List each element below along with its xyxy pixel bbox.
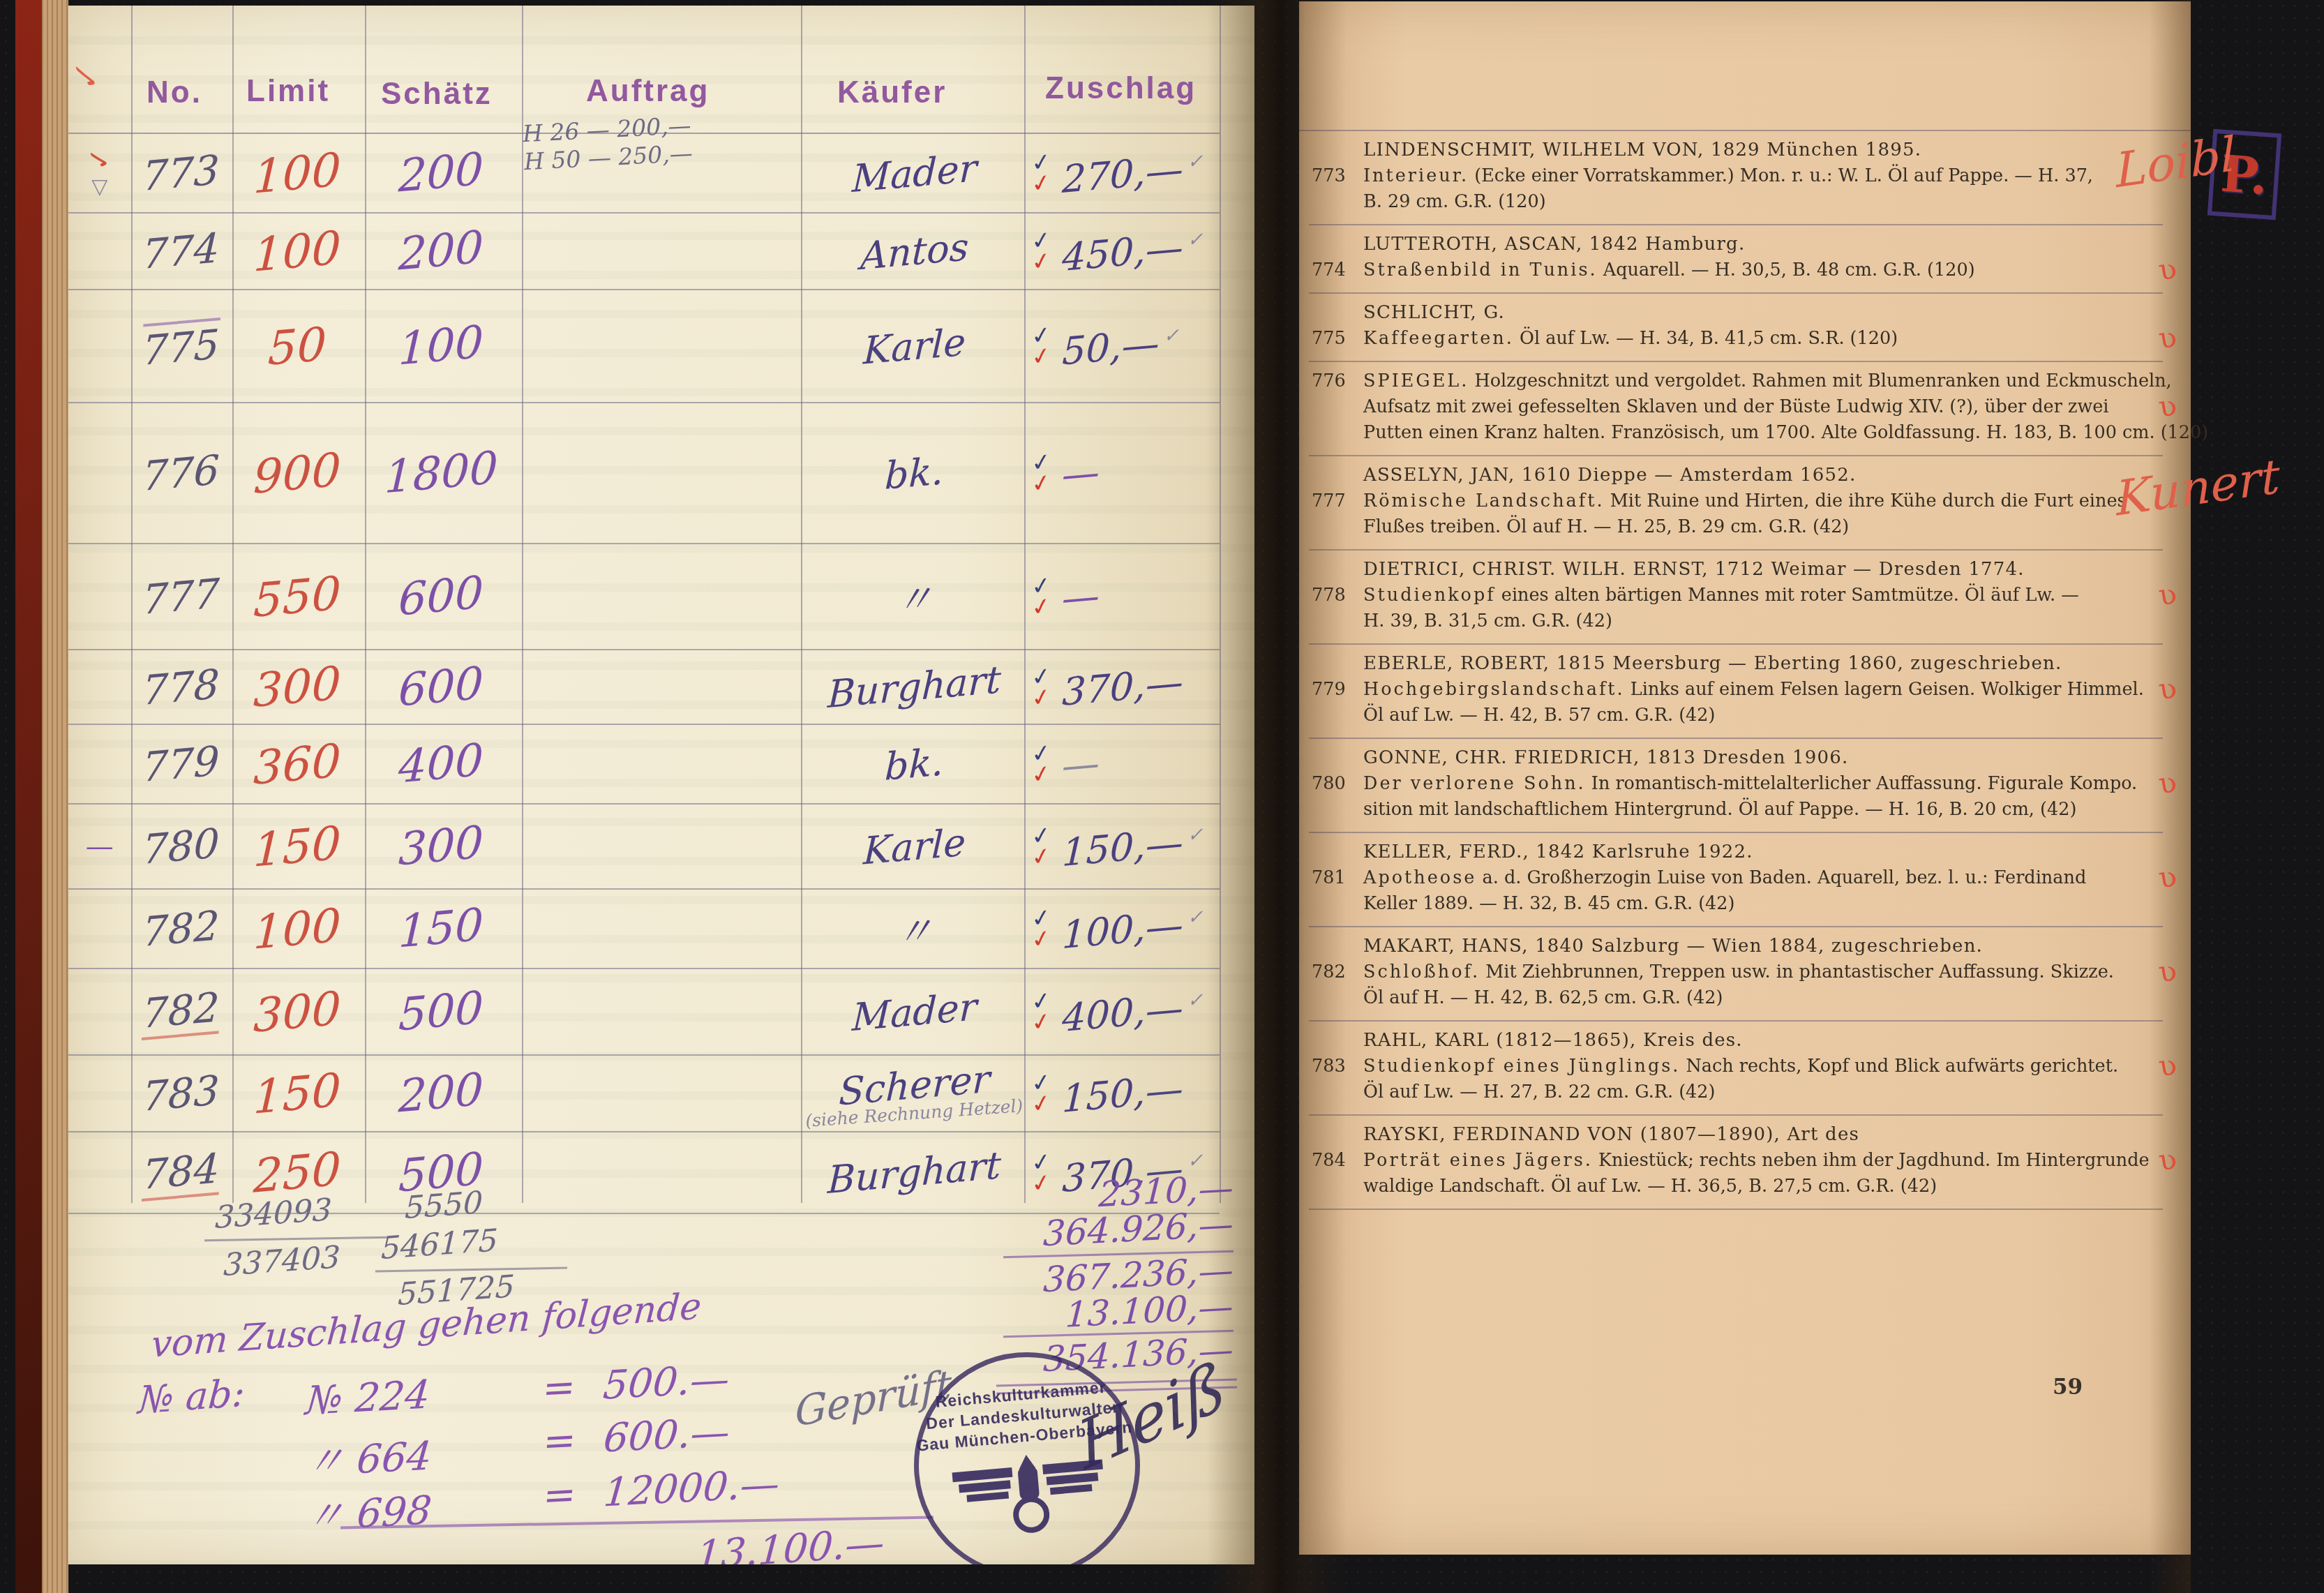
artist-line: LUTTEROTH, ASCAN, 1842 Hamburg.	[1363, 232, 2163, 257]
auftrag-pencil-note: H 26 — 200,—H 50 — 250,—	[522, 112, 694, 177]
zuschlag-sup-mark: ✓	[1187, 989, 1204, 1012]
lot-number: 779	[142, 737, 220, 791]
zuschlag-value: 50,—✓	[1061, 319, 1179, 373]
cell-lot-number: 783	[130, 1056, 231, 1131]
lot-number: 782	[142, 983, 220, 1040]
entry-line: 784Porträt eines Jägers. Kniestück; rech…	[1309, 1148, 2163, 1174]
entry-text: Aquarell. — H. 30,5, B. 48 cm. G.R. (120…	[1598, 260, 1975, 281]
artist-line: GONNE, CHR. FRIEDRICH, 1813 Dresden 1906…	[1363, 745, 2163, 771]
entry-number: 776	[1312, 368, 1346, 394]
cell-schaetz: 300	[363, 805, 519, 888]
artist-line: MAKART, HANS, 1840 Salzburg — Wien 1884,…	[1363, 934, 2163, 959]
lot-number: 773	[142, 146, 220, 200]
cell-zuschlag: ✓✓150,—	[1026, 1056, 1220, 1131]
cell-limit: 300	[232, 969, 363, 1054]
cell-margin	[68, 1132, 130, 1213]
entry-line: Öl auf Lw. — H. 42, B. 57 cm. G.R. (42)	[1309, 703, 2163, 728]
entry-line: Aufsatz mit zwei gefesselten Sklaven und…	[1309, 394, 2163, 420]
cell-zuschlag: ✓✓—	[1026, 403, 1220, 543]
entry-number: 780	[1312, 771, 1346, 797]
zuschlag-value: 400,—✓	[1061, 983, 1203, 1040]
lot-number: 775	[142, 317, 220, 375]
schaetz-value: 400	[398, 734, 484, 793]
artist-line: RAYSKI, FERDINAND VON (1807—1890), Art d…	[1363, 1122, 2163, 1148]
cell-kaeufer: Burghart	[804, 650, 1026, 724]
cell-schaetz: 500	[363, 969, 519, 1054]
column-header-no: No.	[147, 75, 202, 110]
cell-kaeufer: Karle	[804, 805, 1026, 888]
check-icons: ✓✓	[1031, 1072, 1051, 1114]
entry-number: 775	[1312, 326, 1346, 352]
deduction-total: 13.100.—	[695, 1520, 886, 1564]
cell-auftrag	[519, 403, 804, 543]
schaetz-value: 100	[398, 316, 484, 375]
check-icon: ✓	[1029, 763, 1052, 786]
artwork-title: Studienkopf eines Jünglings.	[1363, 1056, 1680, 1077]
cell-auftrag	[519, 725, 804, 803]
entry-line: 773Interieur. (Ecke einer Vorratskammer.…	[1309, 163, 2163, 189]
cell-margin	[68, 725, 130, 803]
note-label: № ab:	[137, 1370, 246, 1422]
catalog-entry: MAKART, HANS, 1840 Salzburg — Wien 1884,…	[1309, 927, 2163, 1022]
entry-line: Öl auf Lw. — H. 27, B. 22 cm. G.R. (42)	[1309, 1079, 2163, 1105]
cell-kaeufer: bk.	[804, 725, 1026, 803]
margin-check-icon: ✓	[68, 63, 106, 94]
cell-auftrag	[519, 1132, 804, 1213]
artist-line: LINDENSCHMIT, WILHELM VON, 1829 München …	[1363, 137, 2163, 163]
column-header-limit: Limit	[246, 74, 330, 109]
limit-value: 550	[253, 566, 342, 628]
entry-line: B. 29 cm. G.R. (120)	[1309, 189, 2163, 215]
sum-schaetz-2: 546175	[380, 1222, 498, 1266]
deduction-value: 12000.—	[601, 1461, 781, 1527]
limit-value: 300	[253, 981, 342, 1043]
sum-limit-1: 334093	[214, 1192, 332, 1236]
kaeufer-name: Karle	[862, 820, 966, 873]
limit-value: 100	[253, 898, 342, 960]
zuschlag-sup-mark: ✓	[1187, 906, 1204, 929]
limit-value: 150	[253, 816, 342, 878]
schaetz-value: 600	[398, 657, 484, 717]
zuschlag-sup-mark: ✓	[1187, 151, 1204, 173]
cell-schaetz: 400	[363, 725, 519, 803]
schaetz-value: 200	[398, 221, 484, 281]
entry-number: 774	[1312, 257, 1346, 283]
artwork-title: Kaffeegarten.	[1363, 328, 1514, 349]
entry-text: Kniestück; rechts neben ihm der Jagdhund…	[1593, 1150, 2150, 1171]
check-icons: ✓✓	[1031, 666, 1051, 708]
lot-number: 776	[142, 446, 220, 500]
kaeufer-name: 〃	[894, 568, 934, 625]
book-fore-edge-maroon	[15, 0, 42, 1593]
cell-schaetz: 100	[363, 290, 519, 402]
entry-text: Holzgeschnitzt und vergoldet. Rahmen mit…	[1469, 371, 2171, 391]
ledger-row: 77550100Karle✓✓50,—✓	[68, 290, 1220, 403]
cell-auftrag	[519, 290, 804, 402]
entry-line: 780Der verlorene Sohn. In romantisch-mit…	[1309, 771, 2163, 797]
cell-zuschlag: ✓✓150,—✓	[1026, 805, 1220, 888]
entry-line: sition mit landschaftlichem Hintergrund.…	[1309, 797, 2163, 823]
equals-sign: =	[540, 1417, 578, 1475]
artwork-title: Straßenbild in Tunis.	[1363, 260, 1598, 281]
check-icon: ✓	[1029, 1092, 1052, 1116]
zuschlag-value: 270,—✓	[1061, 144, 1203, 201]
check-icon: ✓	[1029, 595, 1052, 619]
catalog-entry: DIETRICI, CHRIST. WILH. ERNST, 1712 Weim…	[1309, 551, 2163, 645]
zuschlag-value: 100,—✓	[1061, 900, 1203, 957]
catalog-entry: KELLER, FERD., 1842 Karlsruhe 1922.781Ap…	[1309, 833, 2163, 927]
eagle-icon	[950, 1444, 1110, 1541]
entry-line: 782Schloßhof. Mit Ziehbrunnen, Treppen u…	[1309, 959, 2163, 985]
cell-margin	[68, 544, 130, 649]
lot-number: 778	[142, 659, 220, 714]
book-fore-edge-pages	[42, 0, 68, 1593]
cell-zuschlag: ✓✓270,—✓	[1026, 134, 1220, 212]
entry-line: 775Kaffeegarten. Öl auf Lw. — H. 34, B. …	[1309, 326, 2163, 352]
cell-limit: 900	[232, 403, 363, 543]
catalog-entry: RAHL, KARL (1812—1865), Kreis des.783Stu…	[1309, 1022, 2163, 1116]
schaetz-value: 200	[398, 1063, 484, 1123]
entry-line: waldige Landschaft. Öl auf Lw. — H. 36,5…	[1309, 1174, 2163, 1199]
cell-limit: 150	[232, 805, 363, 888]
cell-auftrag	[519, 969, 804, 1054]
equals-sign: =	[540, 1472, 578, 1530]
kaeufer-name: 〃	[894, 900, 934, 957]
limit-value: 100	[253, 142, 342, 204]
entry-line: 783Studienkopf eines Jünglings. Nach rec…	[1309, 1054, 2163, 1079]
cell-lot-number: 774	[130, 214, 231, 289]
zuschlag-value: —	[1061, 740, 1100, 788]
catalog-entry: GONNE, CHR. FRIEDRICH, 1813 Dresden 1906…	[1309, 739, 2163, 833]
cell-lot-number: 782	[130, 890, 231, 968]
entry-text: Mit Ziehbrunnen, Treppen usw. in phantas…	[1480, 962, 2114, 982]
ledger-rows: ✓▽773100200H 26 — 200,—H 50 — 250,—Mader…	[68, 133, 1220, 1214]
cell-lot-number: 776	[130, 403, 231, 543]
check-icon: ✓	[1029, 472, 1052, 495]
cell-schaetz: 150	[363, 890, 519, 968]
cell-kaeufer: Mader	[804, 969, 1026, 1054]
artwork-title: Der verlorene Sohn.	[1363, 773, 1586, 794]
sum-schaetz-1: 5550	[404, 1185, 483, 1226]
entry-number: 783	[1312, 1054, 1346, 1079]
cell-lot-number: 782	[130, 969, 231, 1054]
equals-sign: =	[541, 1364, 578, 1412]
cell-auftrag	[519, 650, 804, 724]
entry-text: Mit Ruine und Hirten, die ihre Kühe durc…	[1605, 491, 2127, 511]
entry-text: Nach rechts, Kopf und Blick aufwärts ger…	[1680, 1056, 2118, 1077]
entry-number: 777	[1312, 488, 1346, 514]
cell-lot-number: 775	[130, 290, 231, 402]
lot-number: 783	[142, 1066, 220, 1121]
entry-number: 779	[1312, 677, 1346, 703]
cell-limit: 360	[232, 725, 363, 803]
cell-zuschlag: ✓✓100,—✓	[1026, 890, 1220, 968]
sum-rule	[204, 1236, 389, 1242]
entry-line: 777Römische Landschaft. Mit Ruine und Hi…	[1309, 488, 2163, 514]
entry-line: Putten einen Kranz halten. Französisch, …	[1309, 420, 2163, 446]
entry-text: (Ecke einer Vorratskammer.) Mon. r. u.: …	[1469, 165, 2093, 186]
kaeufer-name: bk.	[884, 449, 944, 498]
sum-limit-2: 337403	[223, 1239, 340, 1283]
artwork-title: SPIEGEL.	[1363, 371, 1469, 391]
catalog-entry: EBERLE, ROBERT, 1815 Meersburg — Ebertin…	[1309, 645, 2163, 739]
cell-auftrag	[519, 214, 804, 289]
check-icon: ✓	[1029, 1010, 1052, 1034]
page-number: 59	[2053, 1375, 2083, 1400]
artist-line: ASSELYN, JAN, 1610 Dieppe — Amsterdam 16…	[1363, 463, 2163, 488]
cell-kaeufer: 〃	[804, 544, 1026, 649]
artwork-title: Schloßhof.	[1363, 962, 1480, 982]
limit-value: 150	[253, 1063, 342, 1125]
entry-text: a. d. Großherzogin Luise von Baden. Aqua…	[1476, 867, 2086, 888]
entry-line: Keller 1889. — H. 32, B. 45 cm. G.R. (42…	[1309, 891, 2163, 917]
catalog-page: LINDENSCHMIT, WILHELM VON, 1829 München …	[1299, 1, 2191, 1555]
deduction-value: 500.—	[601, 1356, 731, 1409]
check-icon: ✓	[1029, 685, 1052, 709]
cell-limit: 150	[232, 1056, 363, 1131]
zuschlag-value: —	[1061, 573, 1100, 620]
lot-number: 780	[142, 819, 220, 874]
schaetz-value: 200	[398, 143, 484, 202]
cell-schaetz: 200	[363, 214, 519, 289]
entry-line: 781Apotheose a. d. Großherzogin Luise vo…	[1309, 865, 2163, 891]
cell-kaeufer: 〃	[804, 890, 1026, 968]
zuschlag-value: 370,—	[1061, 659, 1184, 715]
cell-limit: 100	[232, 214, 363, 289]
cell-schaetz: 600	[363, 650, 519, 724]
cell-margin: ✓▽	[68, 134, 130, 212]
cell-kaeufer: Karle	[804, 290, 1026, 402]
check-icons: ✓✓	[1031, 991, 1051, 1033]
column-header-kaeufer: Käufer	[837, 75, 947, 110]
entry-number: 778	[1312, 583, 1346, 608]
cell-auftrag: H 26 — 200,—H 50 — 250,—	[519, 134, 804, 212]
schaetz-value: 500	[398, 982, 484, 1041]
cell-zuschlag: ✓✓400,—✓	[1026, 969, 1220, 1054]
entry-line: 779Hochgebirgslandschaft. Links auf eine…	[1309, 677, 2163, 703]
limit-value: 100	[253, 220, 342, 283]
margin-mark-icon: ▽	[91, 173, 107, 201]
ledger-row: 778300600Burghart✓✓370,—	[68, 650, 1220, 725]
cell-limit: 100	[232, 134, 363, 212]
ledger-row: 782100150〃✓✓100,—✓	[68, 890, 1220, 969]
kaeufer-name: Mader	[851, 984, 977, 1039]
cell-lot-number: 778	[130, 650, 231, 724]
column-header-auftrag: Auftrag	[586, 74, 710, 109]
artwork-title: Apotheose	[1363, 867, 1476, 888]
cell-limit: 300	[232, 650, 363, 724]
limit-value: 300	[253, 656, 342, 718]
artist-line: RAHL, KARL (1812—1865), Kreis des.	[1363, 1028, 2163, 1054]
catalog-entry: RAYSKI, FERDINAND VON (1807—1890), Art d…	[1309, 1116, 2163, 1210]
lot-number: 782	[142, 902, 220, 956]
cell-zuschlag: ✓✓370,—	[1026, 650, 1220, 724]
entry-line: 778Studienkopf eines alten bärtigen Mann…	[1309, 583, 2163, 608]
limit-value: 900	[253, 442, 342, 504]
cell-margin	[68, 890, 130, 968]
entry-line: H. 39, B. 31,5 cm. G.R. (42)	[1309, 608, 2163, 634]
catalog-entry: 776SPIEGEL. Holzgeschnitzt und vergoldet…	[1309, 362, 2163, 456]
check-icons: ✓✓	[1031, 230, 1051, 272]
check-icon: ✓	[1029, 927, 1052, 951]
cell-zuschlag: ✓✓—	[1026, 544, 1220, 649]
margin-mark-icon: —	[86, 832, 114, 860]
entry-text: In romantisch-mittelalterlicher Auffassu…	[1586, 773, 2138, 794]
lot-number: 777	[142, 569, 220, 624]
cell-limit: 550	[232, 544, 363, 649]
kaeufer-name: Mader	[851, 145, 977, 200]
cell-zuschlag: ✓✓450,—✓	[1026, 214, 1220, 289]
catalog-entries: LINDENSCHMIT, WILHELM VON, 1829 München …	[1299, 130, 2191, 1210]
entry-line: Flußes treiben. Öl auf H. — H. 25, B. 29…	[1309, 514, 2163, 540]
catalog-entry: SCHLICHT, G.775Kaffeegarten. Öl auf Lw. …	[1309, 294, 2163, 362]
cell-margin	[68, 214, 130, 289]
ledger-row: 782300500Mader✓✓400,—✓	[68, 969, 1220, 1056]
entry-number: 781	[1312, 865, 1346, 891]
artist-line: EBERLE, ROBERT, 1815 Meersburg — Ebertin…	[1363, 651, 2163, 677]
zuschlag-value: 450,—✓	[1061, 223, 1203, 279]
lot-number: 774	[142, 224, 220, 278]
cell-margin	[68, 650, 130, 724]
cell-lot-number: 779	[130, 725, 231, 803]
ledger-row: 7769001800bk.✓✓—	[68, 403, 1220, 544]
check-icon: ✓	[1029, 345, 1052, 368]
entry-number: 782	[1312, 959, 1346, 985]
cell-schaetz: 600	[363, 544, 519, 649]
kaeufer-name: Antos	[860, 224, 969, 278]
cell-lot-number: 780	[130, 805, 231, 888]
artist-line: SCHLICHT, G.	[1363, 300, 2163, 326]
cell-kaeufer: Antos	[804, 214, 1026, 289]
entry-line: 774Straßenbild in Tunis. Aquarell. — H. …	[1309, 257, 2163, 283]
zuschlag-value: —	[1061, 449, 1100, 497]
cell-auftrag	[519, 890, 804, 968]
artwork-title: Studienkopf	[1363, 585, 1496, 606]
cell-lot-number: 773	[130, 134, 231, 212]
artwork-title: Porträt eines Jägers.	[1363, 1150, 1593, 1171]
ledger-row: ✓▽773100200H 26 — 200,—H 50 — 250,—Mader…	[68, 134, 1220, 214]
cell-kaeufer: Mader	[804, 134, 1026, 212]
cell-limit: 100	[232, 890, 363, 968]
cell-margin	[68, 969, 130, 1054]
zuschlag-sup-mark: ✓	[1187, 229, 1204, 251]
entry-number: 784	[1312, 1148, 1346, 1174]
kaeufer-name: Burghart	[827, 657, 1002, 717]
check-icons: ✓✓	[1031, 743, 1051, 785]
entry-line: Öl auf H. — H. 42, B. 62,5 cm. G.R. (42)	[1309, 985, 2163, 1011]
entry-text: eines alten bärtigen Mannes mit roter Sa…	[1496, 585, 2079, 606]
ledger-row: —780150300Karle✓✓150,—✓	[68, 805, 1220, 890]
grid-line	[1220, 6, 1221, 1203]
schaetz-value: 600	[398, 567, 484, 626]
zuschlag-value: 150,—✓	[1061, 818, 1203, 874]
zuschlag-sup-mark: ✓	[1187, 824, 1204, 846]
cell-schaetz: 200	[363, 134, 519, 212]
check-icons: ✓✓	[1031, 576, 1051, 618]
cell-schaetz: 200	[363, 1056, 519, 1131]
cell-margin: —	[68, 805, 130, 888]
check-icon: ✓	[1029, 250, 1052, 274]
deduction-lot: № 224	[304, 1368, 517, 1424]
column-header-zuschlag: Zuschlag	[1045, 71, 1197, 106]
margin-mark-icon: ✓	[84, 147, 114, 172]
cell-kaeufer: Scherer(siehe Rechnung Hetzel)	[804, 1056, 1026, 1131]
ledger-row: 777550600〃✓✓—	[68, 544, 1220, 650]
cell-auftrag	[519, 1056, 804, 1131]
auction-ledger-spread: ✓ No. Limit Schätz Auftrag Käufer Zuschl…	[0, 0, 2324, 1593]
entry-text: Öl auf Lw. — H. 34, B. 41,5 cm. S.R. (12…	[1514, 328, 1898, 349]
cell-auftrag	[519, 544, 804, 649]
entry-number: 773	[1312, 163, 1346, 189]
deduction-lot: 〃 698	[303, 1475, 518, 1542]
schaetz-value: 150	[398, 899, 484, 958]
ledger-row: 774100200Antos✓✓450,—✓	[68, 214, 1220, 290]
zuschlag-sup-mark: ✓	[1164, 324, 1180, 347]
cell-margin	[68, 403, 130, 543]
cell-zuschlag: ✓✓—	[1026, 725, 1220, 803]
cell-margin	[68, 1056, 130, 1131]
cell-limit: 50	[232, 290, 363, 402]
column-header-schaetz: Schätz	[381, 77, 493, 112]
lot-number: 784	[142, 1144, 220, 1201]
catalog-entry: ASSELYN, JAN, 1610 Dieppe — Amsterdam 16…	[1309, 456, 2163, 551]
entry-text: Links auf einem Felsen lagern Geisen. Wo…	[1625, 679, 2144, 700]
cell-schaetz: 1800	[363, 403, 519, 543]
cell-lot-number: 777	[130, 544, 231, 649]
kaeufer-name: Karle	[862, 320, 966, 373]
deduction-value: 600.—	[601, 1409, 731, 1472]
schaetz-value: 300	[398, 816, 484, 876]
kaeufer-name: bk.	[884, 740, 944, 789]
entry-line: 776SPIEGEL. Holzgeschnitzt und vergoldet…	[1309, 368, 2163, 394]
catalog-entry: LUTTEROTH, ASCAN, 1842 Hamburg.774Straße…	[1309, 225, 2163, 294]
limit-value: 360	[253, 733, 342, 795]
check-icons: ✓✓	[1031, 325, 1051, 367]
check-icons: ✓✓	[1031, 908, 1051, 950]
check-icons: ✓✓	[1031, 452, 1051, 494]
zuschlag-value: 150,—	[1061, 1066, 1184, 1121]
artwork-title: Römische Landschaft.	[1363, 491, 1605, 511]
cell-margin	[68, 290, 130, 402]
cell-kaeufer: bk.	[804, 403, 1026, 543]
artwork-title: Hochgebirgslandschaft.	[1363, 679, 1625, 700]
cell-zuschlag: ✓✓50,—✓	[1026, 290, 1220, 402]
cell-auftrag	[519, 805, 804, 888]
artist-line: KELLER, FERD., 1842 Karlsruhe 1922.	[1363, 839, 2163, 865]
ledger-row: 779360400bk.✓✓—	[68, 725, 1220, 805]
ledger-row: 783150200Scherer(siehe Rechnung Hetzel)✓…	[68, 1056, 1220, 1132]
check-icon: ✓	[1029, 172, 1052, 195]
check-icon: ✓	[1029, 845, 1052, 869]
check-icons: ✓✓	[1031, 152, 1051, 194]
artwork-title: Interieur.	[1363, 165, 1469, 186]
schaetz-value: 1800	[384, 442, 499, 504]
check-icons: ✓✓	[1031, 825, 1051, 867]
catalog-entry: LINDENSCHMIT, WILHELM VON, 1829 München …	[1309, 131, 2163, 225]
ledger-page: ✓ No. Limit Schätz Auftrag Käufer Zuschl…	[68, 6, 1254, 1564]
limit-value: 50	[267, 317, 327, 376]
artist-line: DIETRICI, CHRIST. WILH. ERNST, 1712 Weim…	[1363, 557, 2163, 583]
